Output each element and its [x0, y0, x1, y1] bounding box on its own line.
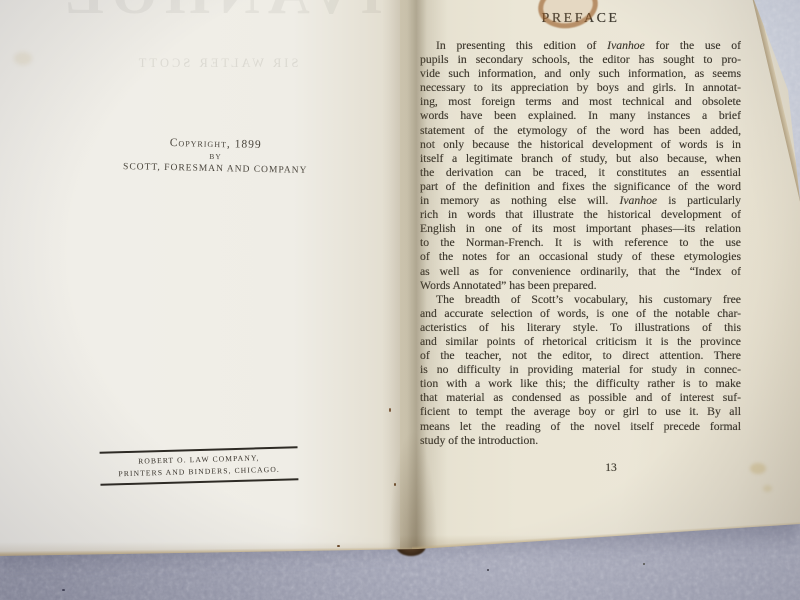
printer-imprint: ROBERT O. LAW COMPANY, PRINTERS AND BIND… — [100, 446, 299, 486]
text-line: statement of the etymology of the word h… — [420, 124, 741, 138]
text-line: tion with a work like this; the difficul… — [420, 377, 741, 391]
paragraph: The breadth of Scott’s vocabulary, his c… — [420, 293, 741, 448]
text-line: In presenting this edition of Ivanhoe fo… — [420, 39, 741, 53]
show-through-title: IVANHOE — [40, 0, 400, 27]
text-line: not only because the historical developm… — [420, 138, 741, 152]
text-line: study of the introduction. — [420, 434, 741, 448]
photo-open-book: IVANHOE SIR WALTER SCOTT Copyright, 1899… — [0, 0, 800, 600]
paper-stain — [750, 463, 766, 474]
text-line: to the Norman-French. It is with referen… — [420, 236, 741, 250]
publisher-name: SCOTT, FORESMAN AND COMPANY — [108, 162, 323, 177]
text-line: vide such information, and only such inf… — [420, 67, 741, 81]
text-line: The breadth of Scott’s vocabulary, his c… — [420, 293, 741, 307]
lint-speck — [487, 569, 489, 571]
paper-stain — [763, 485, 772, 492]
text-line: English in one of its most important pha… — [420, 222, 741, 236]
page-number: 13 — [588, 462, 634, 474]
preface-text: In presenting this edition of Ivanhoe fo… — [420, 39, 741, 448]
paper-stain — [14, 52, 32, 65]
text-line: that material as condensed as possible a… — [420, 391, 741, 405]
text-line: ing, most foreign terms and most technic… — [420, 95, 741, 109]
show-through-author: SIR WALTER SCOTT — [112, 56, 322, 71]
text-line: ficient to tempt the average boy or girl… — [420, 405, 741, 419]
text-line: words have been explained. In many insta… — [420, 109, 741, 123]
printer-city: PRINTERS AND BINDERS, CHICAGO. — [100, 464, 298, 479]
text-line: part of the definition and fixes the sig… — [420, 180, 741, 194]
text-line: Words Annotated” has been prepared. — [420, 279, 741, 293]
lint-speck — [62, 589, 65, 591]
text-line: and accurate selection of words, is one … — [420, 307, 741, 321]
gutter-foot-shadow — [388, 430, 438, 556]
lint-speck — [643, 563, 645, 565]
text-line: as well as for convenience ordinarily, t… — [420, 265, 741, 279]
text-line: itself a legitimate branch of study, but… — [420, 152, 741, 166]
paragraph: In presenting this edition of Ivanhoe fo… — [420, 39, 741, 293]
book-pages: IVANHOE SIR WALTER SCOTT Copyright, 1899… — [0, 0, 800, 600]
text-line: pupils in secondary schools, the editor … — [420, 53, 741, 67]
text-line: necessary to its appreciation by boys an… — [420, 81, 741, 95]
left-page: IVANHOE SIR WALTER SCOTT Copyright, 1899… — [0, 0, 418, 556]
text-line: acteristics of his literary style. To il… — [420, 321, 741, 335]
copyright-block: Copyright, 1899 BY SCOTT, FORESMAN AND C… — [108, 136, 324, 176]
text-line: and similar points of rhetorical critici… — [420, 335, 741, 349]
copyright-by: BY — [108, 150, 323, 164]
text-line: means let the reading of the novel itsel… — [420, 420, 741, 434]
text-line: of the teacher, not the editor, to direc… — [420, 349, 741, 363]
text-line: of the notes for an occasional study of … — [420, 250, 741, 264]
text-line: in memory as nothing else will. Ivanhoe … — [420, 194, 741, 208]
text-line: the derivation can be traced, it constit… — [420, 166, 741, 180]
text-line: rich in words that illustrate the histor… — [420, 208, 741, 222]
text-line: is no difficulty in providing material f… — [420, 363, 741, 377]
